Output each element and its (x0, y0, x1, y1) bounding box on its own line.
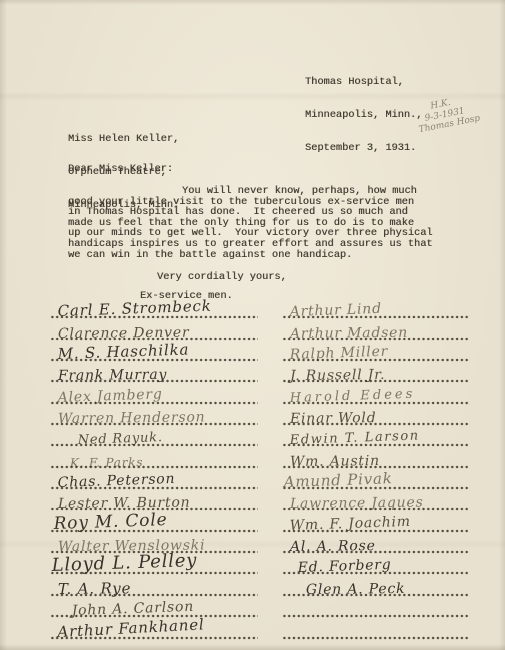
dotted-line (282, 358, 470, 362)
dotted-line (50, 486, 258, 490)
dotted-line (282, 379, 470, 383)
dotted-line (50, 422, 258, 426)
dotted-line (282, 337, 470, 341)
signature-row: Ed. Forberg (282, 556, 470, 577)
closing-line: Very cordially yours, (157, 272, 287, 283)
signature-row: Wm. Austin (282, 449, 470, 470)
pencil-annotation: H.K. 9-3-1931 Thomas Hosp (414, 84, 505, 136)
signature-row: K. F. Parks (50, 449, 258, 470)
letter-body: You will never know, perhaps, how muchgo… (68, 186, 448, 260)
dotted-line (50, 593, 258, 597)
dotted-line (282, 422, 470, 426)
signature-row: Arthur Madsen (282, 321, 470, 342)
signature-row: Frank Murray (50, 364, 258, 385)
signature-row: Clarence Denver (50, 321, 258, 342)
signature-row: Warren Henderson (50, 407, 258, 428)
body-line: handicaps inspires us to greater effort … (68, 239, 448, 250)
sender-line: Thomas Hospital, (305, 77, 422, 88)
signature-row: J. Russell Jr. (282, 364, 470, 385)
dotted-line (50, 443, 258, 447)
dotted-line (282, 401, 470, 405)
signature-column-right: Arthur LindArthur MadsenRalph MillerJ. R… (282, 300, 470, 642)
signature-row: Arthur Lind (282, 300, 470, 321)
signature-row: Al. A. Rose (282, 535, 470, 556)
signature-row: Ned Rayuk. (50, 428, 258, 449)
signature-row: Glen A. Peck (282, 577, 470, 598)
signature-row: Einar Wold (282, 407, 470, 428)
dotted-line (50, 337, 258, 341)
sender-line: September 3, 1931. (305, 143, 422, 154)
signature-row: Lloyd L. Pelley (50, 556, 258, 577)
dotted-line (282, 465, 470, 469)
recipient-line: Miss Helen Keller, (68, 134, 179, 145)
dotted-line (282, 593, 470, 597)
letter-page: Thomas Hospital, Minneapolis, Minn., Sep… (0, 0, 505, 650)
dotted-line (50, 401, 258, 405)
sender-address: Thomas Hospital, Minneapolis, Minn., Sep… (305, 55, 422, 176)
signature-row (282, 620, 470, 641)
dotted-line (50, 636, 258, 640)
signature-row: M. S. Haschilka (50, 343, 258, 364)
signature-row: Amund Pivak (282, 471, 470, 492)
sender-line: Minneapolis, Minn., (305, 110, 422, 121)
signature-row (282, 599, 470, 620)
dotted-line (282, 507, 470, 511)
dotted-line (50, 571, 258, 575)
signature-row: Arthur Fankhanel (50, 620, 258, 641)
dotted-line (282, 614, 470, 618)
dotted-line (282, 529, 470, 533)
dotted-line (50, 529, 258, 533)
dotted-line (282, 571, 470, 575)
dotted-line (282, 486, 470, 490)
dotted-line (50, 379, 258, 383)
body-line: You will never know, perhaps, how much (68, 186, 448, 197)
signature-row: Chas. Peterson (50, 471, 258, 492)
dotted-line (50, 358, 258, 362)
signature-row: Edwin T. Larson (282, 428, 470, 449)
signature-row: Lawrence Jaques (282, 492, 470, 513)
signature-row: Harold Edees (282, 385, 470, 406)
dotted-line (282, 550, 470, 554)
dotted-line (282, 443, 470, 447)
signature-row: Ralph Miller (282, 343, 470, 364)
signature-row: Carl E. Strombeck (50, 300, 258, 321)
signature-row: Alex Jamberg (50, 385, 258, 406)
dotted-line (282, 636, 470, 640)
signature-column-left: Carl E. StrombeckClarence DenverM. S. Ha… (50, 300, 258, 642)
dotted-line (50, 465, 258, 469)
body-line: we can win in the battle against one han… (68, 250, 448, 261)
signature-row: Roy M. Cole (50, 513, 258, 534)
dotted-line (50, 315, 258, 319)
dotted-line (282, 315, 470, 319)
salutation: Dear Miss Keller: (68, 164, 173, 175)
signature-row: T. A. Rye (50, 577, 258, 598)
signature-row: Wm. F. Joachim (282, 513, 470, 534)
